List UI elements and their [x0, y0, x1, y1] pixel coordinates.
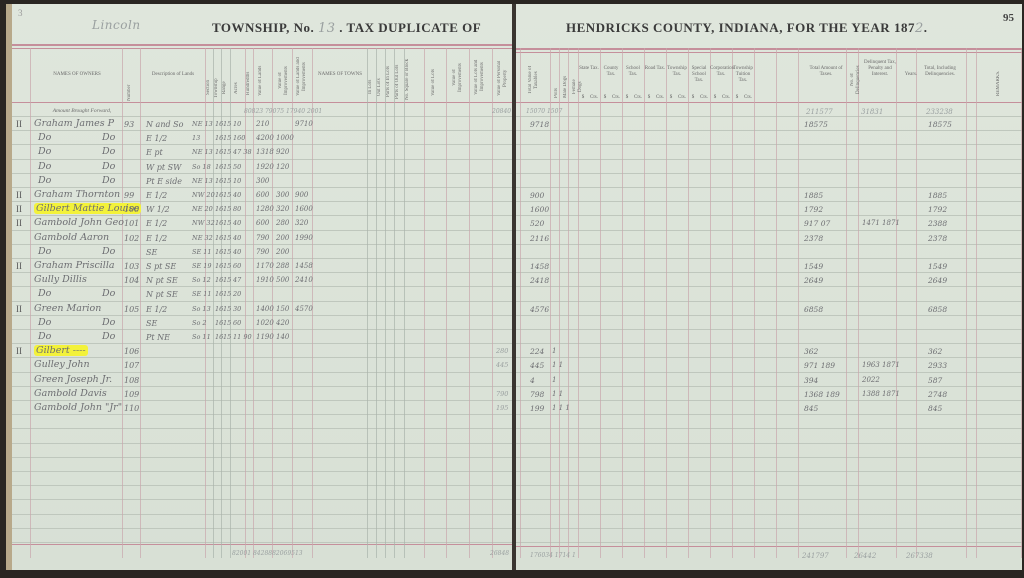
row-line [516, 443, 1022, 444]
owner-name: Green Marion [34, 303, 101, 314]
acres: 40 [233, 219, 241, 227]
total-including-delinquencies: 1885 [928, 191, 947, 200]
range: 15 [223, 163, 231, 171]
range: 15 [223, 333, 231, 341]
value-lands-improvements: 900 [295, 191, 308, 199]
row-line [516, 258, 1022, 259]
section: So 2 [192, 319, 207, 327]
township-name: Lincoln [92, 18, 141, 32]
value-of-improvements: 150 [276, 305, 289, 313]
top-rule [516, 48, 1022, 50]
row-line [12, 499, 514, 500]
brought-forward-delinquent: 31831 [861, 108, 883, 116]
value-of-improvements: 1000 [276, 134, 294, 142]
total-value-taxables: 2116 [530, 234, 549, 243]
value-of-lands: 600 [256, 219, 269, 227]
range: 15 [223, 319, 231, 327]
row-mark: II [16, 190, 22, 200]
col-line [568, 48, 569, 558]
col-line [559, 48, 560, 558]
delinquent-tax: 1471 1871 [862, 219, 900, 227]
owner-name: Do [38, 175, 51, 186]
delinquent-tax: 1388 1871 [862, 390, 900, 398]
col-line [846, 48, 847, 558]
col-line [30, 48, 31, 558]
col-line [578, 48, 579, 558]
header-no-square-block: No. Square or Block [405, 58, 411, 100]
col-line [754, 48, 755, 558]
dollar-sign: $ [646, 95, 652, 101]
range: 15 [223, 305, 231, 313]
header-delinquent-tax: Delinquent Tax, Penalty and Interest. [860, 60, 900, 78]
right-page-number: 95 [1003, 12, 1014, 24]
land-description: Pt NE [146, 333, 170, 342]
total-amount-taxes: 394 [804, 376, 818, 385]
land-description: Pt E side [146, 177, 182, 186]
row-line [12, 244, 514, 245]
brought-forward-values: 80823 79075 17940 2001 [244, 108, 322, 115]
cents-label: Cts. [589, 95, 599, 101]
total-including-delinquencies: 2388 [928, 219, 947, 228]
section: NW 32 [192, 219, 215, 227]
row-line [516, 485, 1022, 486]
owner-number: 93 [124, 120, 134, 129]
header-value-of-lot-improvements: Value of Improvements [452, 56, 464, 100]
amount-brought-forward-label: Amount Brought Forward, [42, 108, 122, 114]
col-line [600, 48, 601, 558]
land-description: E 1/2 [146, 219, 167, 228]
total-amount-taxes: 845 [804, 404, 818, 413]
header-in-lots: In Lots [368, 74, 374, 100]
col-line [376, 48, 377, 558]
section: NE 32 [192, 234, 213, 242]
owner-name-ditto: Do [102, 246, 115, 257]
col-line [272, 48, 273, 558]
range: 15 [223, 205, 231, 213]
col-line [446, 48, 447, 558]
total-including-delinquencies: 18575 [928, 120, 952, 129]
land-description: E pt [146, 148, 163, 157]
value-of-lands: 4200 [256, 134, 274, 142]
range: 15 [223, 148, 231, 156]
polls: 1 1 [552, 361, 563, 369]
col-line [976, 48, 977, 558]
header-number: Number [127, 84, 133, 102]
row-line [516, 343, 1022, 344]
total-value-taxables: 1458 [530, 262, 549, 271]
section: So 13 [192, 305, 211, 313]
cents-label: Cts. [611, 95, 621, 101]
total-value-taxables: 199 [530, 404, 544, 413]
row-line [12, 315, 514, 316]
acres: 80 [233, 205, 241, 213]
section: NE 13 [192, 120, 213, 128]
owner-name: Graham James P [34, 118, 114, 129]
range: 15 [223, 219, 231, 227]
row-line [12, 230, 514, 231]
row-line [12, 272, 514, 273]
owner-name-ditto: Do [102, 132, 115, 143]
total-including-delinquencies: 2933 [928, 361, 947, 370]
row-line [12, 329, 514, 330]
owner-name: Gambold Davis [34, 388, 107, 399]
personal-property: 445 [496, 361, 508, 369]
owner-name: Do [38, 132, 51, 143]
tax-header: School Tax. [622, 66, 644, 78]
row-line [12, 130, 514, 131]
owner-name: Do [38, 246, 51, 257]
polls: 1 1 1 [552, 404, 570, 412]
dollar-sign: $ [624, 95, 630, 101]
row-line [12, 144, 514, 145]
title-right: HENDRICKS COUNTY, INDIANA, FOR THE YEAR … [566, 20, 927, 36]
header-value-of-lands: Value of Lands [258, 62, 264, 100]
owner-name: Gilbert ---- [34, 345, 88, 356]
col-line [520, 48, 521, 558]
value-of-improvements: 280 [276, 219, 289, 227]
cents-label: Cts. [743, 95, 753, 101]
total-amount-taxes: 917 07 [804, 219, 830, 228]
row-line [516, 144, 1022, 145]
land-description: N pt SE [146, 290, 178, 299]
total-amount-taxes: 18575 [804, 120, 828, 129]
brought-forward-personal: 20840 [492, 108, 511, 115]
total-value-taxables: 2418 [530, 276, 549, 285]
cents-label: Cts. [633, 95, 643, 101]
value-of-lands: 1910 [256, 276, 274, 284]
row-mark: II [16, 218, 22, 228]
personal-property: 790 [496, 390, 508, 398]
row-line [516, 457, 1022, 458]
acres: 11 90 [233, 333, 252, 341]
owner-name: Gambold John Geo [34, 217, 124, 228]
col-line [710, 48, 711, 558]
section: SE 11 [192, 290, 212, 298]
total-amount-taxes: 6858 [804, 305, 823, 314]
owner-number: 102 [124, 234, 139, 243]
cents-label: Cts. [721, 95, 731, 101]
top-rule [12, 44, 514, 46]
total-amount-taxes: 2649 [804, 276, 823, 285]
value-lands-improvements: 1458 [295, 262, 313, 270]
range: 15 [223, 120, 231, 128]
owner-name-ditto: Do [102, 161, 115, 172]
header-polls: Polls [554, 86, 560, 100]
value-of-lands: 1920 [256, 163, 274, 171]
total-amount-taxes: 1792 [804, 205, 823, 214]
value-of-lands: 790 [256, 248, 269, 256]
row-line [12, 471, 514, 472]
delinquent-tax: 2022 [862, 376, 880, 384]
row-line [12, 187, 514, 188]
row-line [12, 201, 514, 202]
total-including-delinquencies: 845 [928, 404, 942, 413]
tax-header: Road Tax. [644, 66, 666, 72]
owner-number: 101 [124, 219, 139, 228]
row-line [12, 514, 514, 515]
totals-total-including: 267338 [906, 552, 933, 560]
title-left-text: TOWNSHIP, No. [212, 20, 314, 35]
owner-number: 105 [124, 305, 139, 314]
row-line [516, 315, 1022, 316]
row-mark: II [16, 261, 22, 271]
total-including-delinquencies: 2748 [928, 390, 947, 399]
acres: 50 [233, 163, 241, 171]
header-section: Section [206, 76, 212, 100]
row-line [516, 201, 1022, 202]
header-township: Township [214, 76, 220, 100]
col-line [367, 48, 368, 558]
header-out-lots: Out Lots [377, 74, 383, 100]
left-page-number: 3 [18, 8, 23, 18]
owner-name: Do [38, 161, 51, 172]
total-amount-taxes: 2378 [804, 234, 823, 243]
acres: 40 [233, 191, 241, 199]
land-description: N pt SE [146, 276, 178, 285]
col-line [966, 48, 967, 558]
col-line [253, 48, 254, 558]
row-line [516, 116, 1022, 117]
value-of-improvements: 200 [276, 248, 289, 256]
land-description: E 1/2 [146, 134, 167, 143]
acres: 30 [233, 305, 241, 313]
row-line [516, 215, 1022, 216]
header-value-of-improvements: Value of Improvements [278, 62, 290, 100]
row-line [516, 542, 1022, 543]
totals-delinquent: 26442 [854, 552, 876, 560]
row-line [12, 301, 514, 302]
col-line [732, 48, 733, 558]
total-including-delinquencies: 2378 [928, 234, 947, 243]
col-line [858, 48, 859, 558]
col-line [469, 48, 470, 558]
owner-number: 103 [124, 262, 139, 271]
row-line [516, 272, 1022, 273]
range: 15 [223, 191, 231, 199]
owner-name-ditto: Do [102, 288, 115, 299]
owner-name: Gambold Aaron [34, 232, 109, 243]
col-line [492, 48, 493, 558]
value-of-lands: 1280 [256, 205, 274, 213]
footer-rule [12, 544, 514, 545]
cents-label: Cts. [655, 95, 665, 101]
tax-header: Township Tuition Tax. [732, 66, 754, 84]
land-description: SE [146, 248, 157, 257]
acres: 10 [233, 177, 241, 185]
col-line [644, 48, 645, 558]
ledger-book: 3 Lincoln TOWNSHIP, No. 13 . TAX DUPLICA… [6, 4, 1022, 570]
total-including-delinquencies: 6858 [928, 305, 947, 314]
owner-name: Gully Dillis [34, 274, 87, 285]
header-male-dogs: Male Dogs [563, 74, 569, 100]
value-of-lands: 1020 [256, 319, 274, 327]
acres: 47 [233, 276, 241, 284]
row-line [12, 173, 514, 174]
col-line [245, 48, 246, 558]
land-description: SE [146, 319, 157, 328]
col-line [550, 48, 551, 558]
row-line [516, 173, 1022, 174]
dollar-sign: $ [712, 95, 718, 101]
total-including-delinquencies: 1792 [928, 205, 947, 214]
value-of-improvements: 500 [276, 276, 289, 284]
header-value-lands-improvements: Value of Lands and Improvements [296, 54, 308, 100]
land-description: E 1/2 [146, 234, 167, 243]
row-line [516, 400, 1022, 401]
header-range: Range [222, 76, 228, 100]
owner-number: 104 [124, 276, 139, 285]
header-total-including: Total, Including Delinquencies. [920, 66, 960, 78]
total-amount-taxes: 971 189 [804, 361, 835, 370]
row-line [12, 414, 514, 415]
value-lands-improvements: 4570 [295, 305, 313, 313]
row-line [12, 215, 514, 216]
row-line [516, 428, 1022, 429]
col-line [385, 48, 386, 558]
row-line [516, 301, 1022, 302]
range: 15 [223, 134, 231, 142]
dollar-sign: $ [580, 95, 586, 101]
total-value-taxables: 445 [530, 361, 544, 370]
acres: 47 38 [233, 148, 252, 156]
range: 15 [223, 290, 231, 298]
header-names-of-towns: NAMES OF TOWNS [314, 72, 366, 78]
owner-number: 108 [124, 376, 139, 385]
total-value-taxables: 224 [530, 347, 544, 356]
row-line [516, 514, 1022, 515]
owner-name: Gulley John [34, 359, 90, 370]
owner-number: 110 [124, 404, 139, 413]
section: So 11 [192, 333, 211, 341]
value-of-lands: 1400 [256, 305, 274, 313]
right-page: 95 HENDRICKS COUNTY, INDIANA, FOR THE YE… [516, 4, 1022, 570]
owner-name: Do [38, 317, 51, 328]
header-years: Years. [904, 72, 918, 78]
owner-name-ditto: Do [102, 317, 115, 328]
dollar-sign: $ [602, 95, 608, 101]
personal-property: 280 [496, 347, 508, 355]
row-line [12, 428, 514, 429]
header-names-of-owners: NAMES OF OWNERS [32, 72, 122, 78]
range: 15 [223, 276, 231, 284]
col-line [798, 48, 799, 558]
row-line [516, 499, 1022, 500]
col-line [292, 48, 293, 558]
value-of-lands: 210 [256, 120, 269, 128]
header-bottom-rule [516, 102, 1022, 103]
value-lands-improvements: 9710 [295, 120, 313, 128]
value-of-lands: 600 [256, 191, 269, 199]
land-description: E 1/2 [146, 305, 167, 314]
polls: 1 [552, 347, 556, 355]
row-line [516, 471, 1022, 472]
polls: 1 1 [552, 390, 563, 398]
header-description: Description of Lands [142, 72, 204, 78]
owner-name-ditto: Do [102, 175, 115, 186]
footer-rule [516, 546, 1022, 547]
col-line [140, 48, 141, 558]
header-value-of-lots: Value of Lots [431, 66, 437, 100]
value-of-improvements: 320 [276, 205, 289, 213]
row-line [516, 372, 1022, 373]
total-value-taxables: 4 [530, 376, 535, 385]
value-of-improvements: 920 [276, 148, 289, 156]
owner-name: Do [38, 331, 51, 342]
land-description: N and So [146, 120, 183, 129]
row-line [516, 286, 1022, 287]
col-line [1021, 48, 1022, 558]
row-mark: II [16, 304, 22, 314]
total-amount-taxes: 1885 [804, 191, 823, 200]
value-lands-improvements: 1990 [295, 234, 313, 242]
row-line [516, 414, 1022, 415]
owner-name-ditto: Do [102, 331, 115, 342]
col-line [916, 48, 917, 558]
total-amount-taxes: 362 [804, 347, 818, 356]
top-rule-2 [516, 52, 1022, 53]
row-line [12, 528, 514, 529]
polls: 1 [552, 376, 556, 384]
header-value-personal-property: Value of Personal Property [497, 56, 509, 100]
delinquent-tax: 1963 1871 [862, 361, 900, 369]
header-hundredths: Hundredths [246, 66, 252, 100]
header-parts-out-lots: Parts of Out Lots [395, 64, 401, 100]
value-of-lands: 300 [256, 177, 269, 185]
section: 13 [192, 134, 200, 142]
row-line [516, 244, 1022, 245]
land-description: E 1/2 [146, 191, 167, 200]
range: 15 [223, 234, 231, 242]
dollar-sign: $ [668, 95, 674, 101]
header-remarks: REMARKS. [996, 66, 1002, 100]
owner-name: Graham Priscilla [34, 260, 115, 271]
township-number: 13 [318, 21, 336, 36]
total-including-delinquencies: 1549 [928, 262, 947, 271]
col-line [404, 48, 405, 558]
row-line [516, 357, 1022, 358]
section: NW 20 [192, 191, 215, 199]
value-of-lands: 1318 [256, 148, 274, 156]
range: 15 [223, 248, 231, 256]
row-line [516, 130, 1022, 131]
acres: 10 [233, 120, 241, 128]
land-description: W 1/2 [146, 205, 170, 214]
totals-personal: 26848 [490, 550, 509, 557]
row-line [12, 357, 514, 358]
tax-header: Township Tax. [666, 66, 688, 78]
row-line [12, 343, 514, 344]
col-line [424, 48, 425, 558]
owner-name: Do [38, 146, 51, 157]
value-of-improvements: 200 [276, 234, 289, 242]
total-including-delinquencies: 362 [928, 347, 942, 356]
total-value-taxables: 900 [530, 191, 544, 200]
value-lands-improvements: 320 [295, 219, 308, 227]
cents-label: Cts. [699, 95, 709, 101]
owner-number: 100 [124, 205, 139, 214]
owner-name: Do [38, 288, 51, 299]
row-line [12, 457, 514, 458]
total-amount-taxes: 1368 189 [804, 390, 840, 399]
header-total-value-taxables: Total Value of Taxables [528, 60, 540, 100]
acres: 60 [233, 319, 241, 327]
row-line [516, 159, 1022, 160]
acres: 20 [233, 290, 241, 298]
acres: 40 [233, 248, 241, 256]
dollar-sign: $ [690, 95, 696, 101]
owner-name: Gambold John "Jr" [34, 402, 122, 413]
value-of-improvements: 140 [276, 333, 289, 341]
